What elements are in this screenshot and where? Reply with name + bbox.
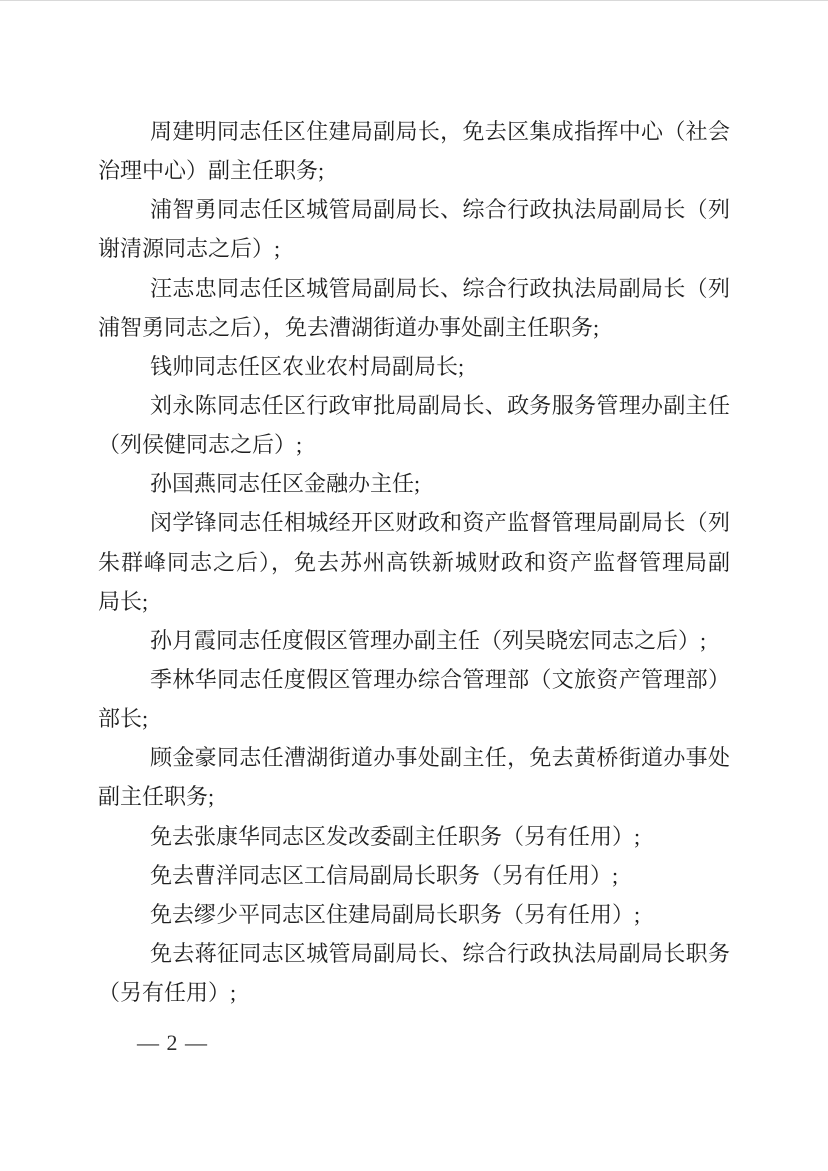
body-line: 浦智勇同志任区城管局副局长、综合行政执法局副局长（列 [98, 190, 730, 229]
scan-top-edge [0, 0, 828, 1]
body-line: 周建明同志任区住建局副局长，免去区集成指挥中心（社会 [98, 112, 730, 151]
body-line: （列侯健同志之后）; [98, 425, 730, 464]
body-line: 朱群峰同志之后），免去苏州高铁新城财政和资产监督管理局副 [98, 543, 730, 582]
body-line: （另有任用）; [98, 973, 730, 1012]
page-number: — 2 — [137, 1031, 208, 1055]
body-line: 副主任职务; [98, 777, 730, 816]
body-line: 浦智勇同志之后），免去漕湖街道办事处副主任职务; [98, 308, 730, 347]
body-line: 局长; [98, 582, 730, 621]
document-page: 周建明同志任区住建局副局长，免去区集成指挥中心（社会治理中心）副主任职务;浦智勇… [0, 0, 828, 1171]
body-line: 孙月霞同志任度假区管理办副主任（列吴晓宏同志之后）; [98, 621, 730, 660]
body-line: 免去曹洋同志区工信局副局长职务（另有任用）; [98, 856, 730, 895]
body-line: 治理中心）副主任职务; [98, 151, 730, 190]
body-line: 闵学锋同志任相城经开区财政和资产监督管理局副局长（列 [98, 503, 730, 542]
body-line: 刘永陈同志任区行政审批局副局长、政务服务管理办副主任 [98, 386, 730, 425]
body-line: 免去蒋征同志区城管局副局长、综合行政执法局副局长职务 [98, 934, 730, 973]
body-line: 免去缪少平同志区住建局副局长职务（另有任用）; [98, 895, 730, 934]
document-body: 周建明同志任区住建局副局长，免去区集成指挥中心（社会治理中心）副主任职务;浦智勇… [98, 112, 730, 1012]
body-line: 孙国燕同志任区金融办主任; [98, 464, 730, 503]
body-line: 顾金豪同志任漕湖街道办事处副主任，免去黄桥街道办事处 [98, 738, 730, 777]
body-line: 钱帅同志任区农业农村局副局长; [98, 347, 730, 386]
body-line: 谢清源同志之后）; [98, 229, 730, 268]
body-line: 免去张康华同志区发改委副主任职务（另有任用）; [98, 817, 730, 856]
body-line: 汪志忠同志任区城管局副局长、综合行政执法局副局长（列 [98, 269, 730, 308]
body-line: 季林华同志任度假区管理办综合管理部（文旅资产管理部） [98, 660, 730, 699]
body-line: 部长; [98, 699, 730, 738]
